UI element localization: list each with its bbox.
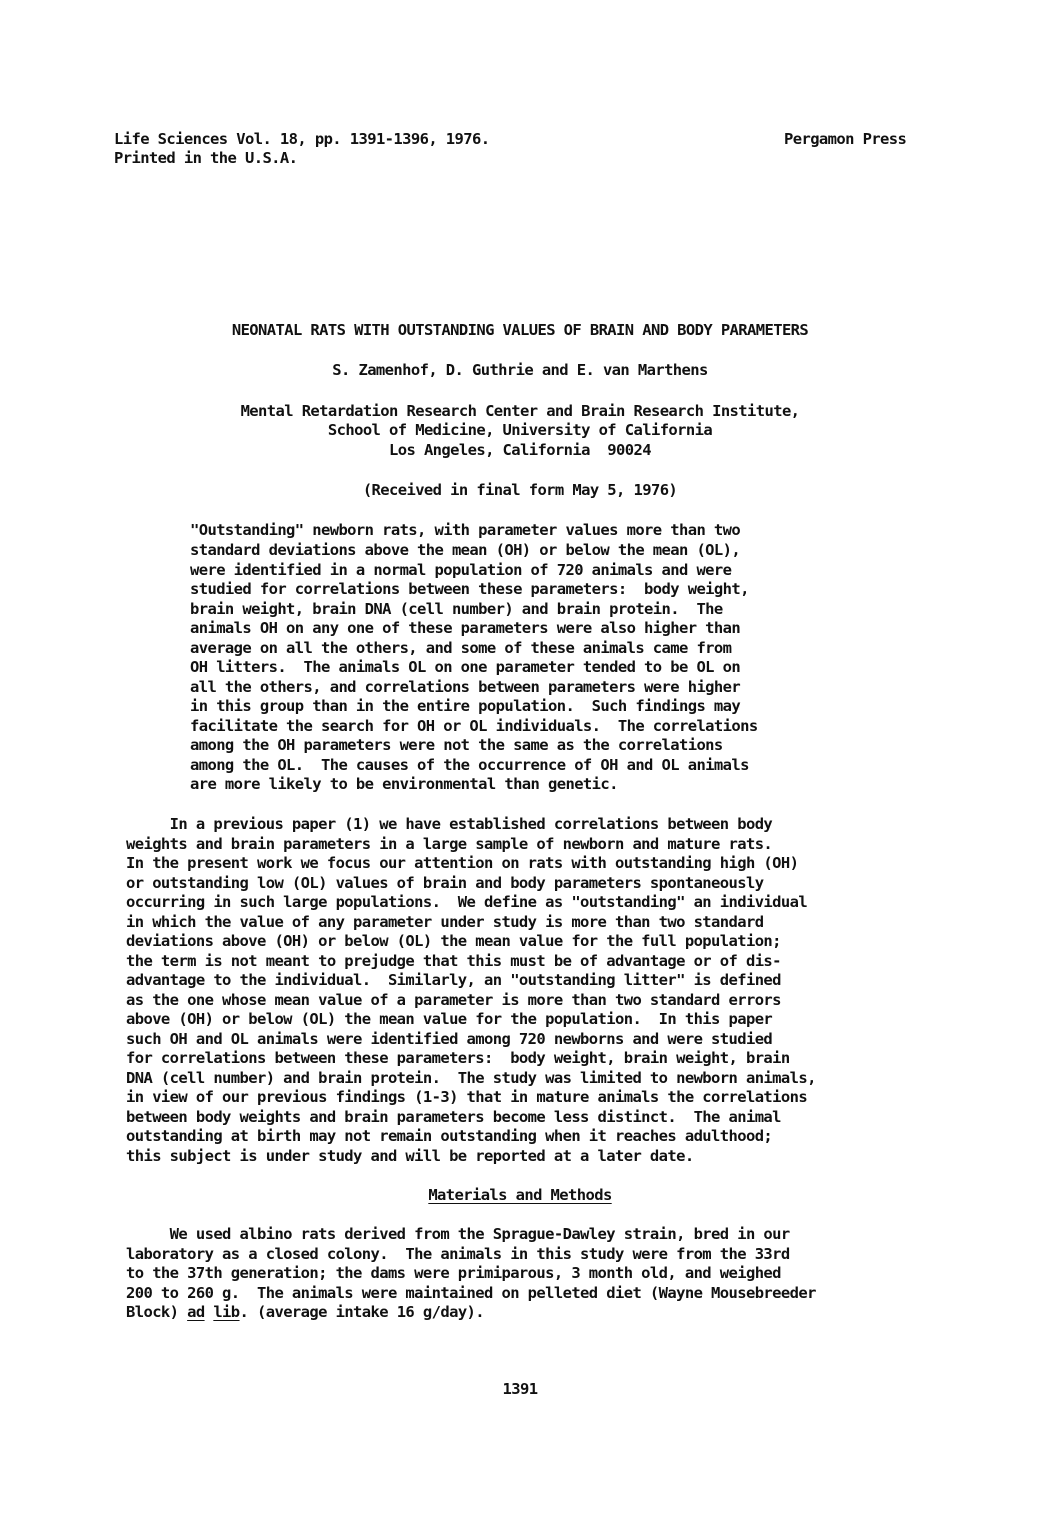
intro-line: In the present work we focus our attenti… (126, 854, 798, 874)
publisher: Pergamon Press (784, 130, 906, 150)
abstract-line: brain weight, brain DNA (cell number) an… (190, 600, 723, 620)
intro-line: this subject is under study and will be … (126, 1147, 694, 1167)
journal-citation: Life Sciences Vol. 18, pp. 1391-1396, 19… (114, 130, 489, 150)
methods-line: laboratory as a closed colony. The anima… (126, 1245, 790, 1265)
methods-line: 200 to 260 g. The animals were maintaine… (126, 1284, 816, 1304)
intro-line: between body weights and brain parameter… (126, 1108, 781, 1128)
authors: S. Zamenhof, D. Guthrie and E. van Marth… (0, 361, 1040, 381)
abstract-line: animals OH on any one of these parameter… (190, 619, 740, 639)
affiliation-line-3: Los Angeles, California 90024 (0, 441, 1040, 461)
section-heading-materials-methods: Materials and Methods (0, 1186, 1040, 1206)
intro-line: advantage to the individual. Similarly, … (126, 971, 781, 991)
affiliation-line-1: Mental Retardation Research Center and B… (0, 402, 1040, 422)
intro-line: outstanding at birth may not remain outs… (126, 1127, 772, 1147)
paper-title: NEONATAL RATS WITH OUTSTANDING VALUES OF… (0, 321, 1040, 341)
intro-line: in view of our previous findings (1-3) t… (126, 1088, 807, 1108)
methods-text: . (average intake 16 g/day). (240, 1303, 485, 1321)
abstract-line: among the OH parameters were not the sam… (190, 736, 723, 756)
methods-line: We used albino rats derived from the Spr… (126, 1225, 790, 1245)
abstract-line: standard deviations above the mean (OH) … (190, 541, 740, 561)
affiliation-line-2: School of Medicine, University of Califo… (0, 421, 1040, 441)
methods-line: to the 37th generation; the dams were pr… (126, 1264, 781, 1284)
intro-line: above (OH) or below (OL) the mean value … (126, 1010, 772, 1030)
intro-line: the term is not meant to prejudge that t… (126, 952, 781, 972)
printed-location: Printed in the U.S.A. (114, 149, 297, 169)
abstract-line: OH litters. The animals OL on one parame… (190, 658, 740, 678)
page-number: 1391 (0, 1380, 1040, 1400)
latin-lib: lib (213, 1303, 239, 1321)
abstract-line: studied for correlations between these p… (190, 580, 749, 600)
abstract-line: among the OL. The causes of the occurren… (190, 756, 749, 776)
latin-ad: ad (187, 1303, 204, 1321)
abstract-line: all the others, and correlations between… (190, 678, 740, 698)
abstract-line: "Outstanding" newborn rats, with paramet… (190, 521, 740, 541)
abstract-line: in this group than in the entire populat… (190, 697, 740, 717)
intro-line: In a previous paper (1) we have establis… (126, 815, 772, 835)
abstract-line: were identified in a normal population o… (190, 561, 731, 581)
abstract-line: facilitate the search for OH or OL indiv… (190, 717, 758, 737)
abstract-line: average on all the others, and some of t… (190, 639, 731, 659)
intro-line: weights and brain parameters in a large … (126, 835, 772, 855)
intro-line: occurring in such large populations. We … (126, 893, 807, 913)
intro-line: DNA (cell number) and brain protein. The… (126, 1069, 816, 1089)
abstract-line: are more likely to be environmental than… (190, 775, 618, 795)
intro-line: or outstanding low (OL) values of brain … (126, 874, 763, 894)
methods-text: Block) (126, 1303, 187, 1321)
methods-line: Block) ad lib. (average intake 16 g/day)… (126, 1303, 484, 1323)
received-date: (Received in final form May 5, 1976) (0, 481, 1040, 501)
intro-line: deviations above (OH) or below (OL) the … (126, 932, 781, 952)
intro-line: as the one whose mean value of a paramet… (126, 991, 781, 1011)
intro-line: for correlations between these parameter… (126, 1049, 790, 1069)
intro-line: in which the value of any parameter unde… (126, 913, 763, 933)
intro-line: such OH and OL animals were identified a… (126, 1030, 772, 1050)
